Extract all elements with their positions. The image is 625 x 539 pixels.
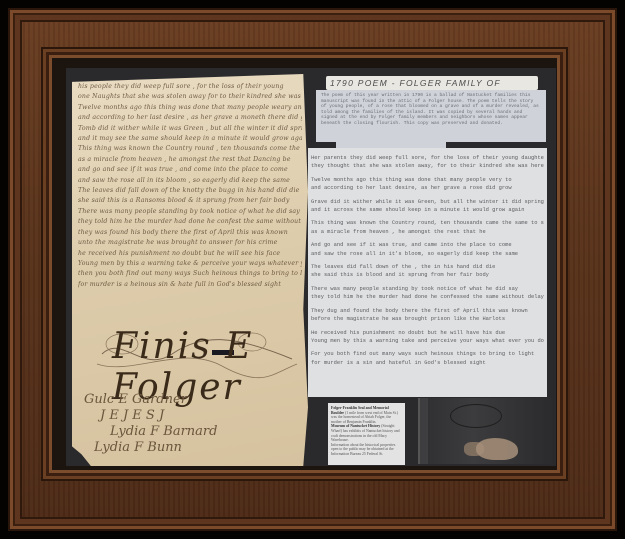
info-text: Information about the historical propert… xyxy=(331,443,395,456)
signature: J E J E S J xyxy=(84,408,304,424)
typed-line: and it across the same should keep in a … xyxy=(311,206,544,214)
typed-line: as a miracle from heaven , he amongst th… xyxy=(311,228,544,236)
manuscript-line: Young men by this a warning take & perce… xyxy=(78,259,302,269)
manuscript-line: and it may see the same should keep in a… xyxy=(78,134,302,144)
manuscript-line: for murder is a heinous sin & hate full … xyxy=(78,280,302,290)
typed-line: they thought that she was stolen away, f… xyxy=(311,162,544,170)
typed-line: Twelve months ago this thing was done th… xyxy=(311,176,544,184)
manuscript-line: his people they did weep full sore , for… xyxy=(78,82,302,92)
typed-line: This thing was known the Country round, … xyxy=(311,219,544,227)
typed-line: they told him he the murder had done he … xyxy=(311,293,544,301)
typed-line: For you both find out many ways such hei… xyxy=(311,350,544,358)
manuscript-line: and go and see if it was true , and come… xyxy=(78,165,302,175)
manuscript-line: she said this is a Ransoms blood & it sp… xyxy=(78,196,302,206)
manuscript-line: Tomb did it wither while it was Green , … xyxy=(78,124,302,134)
manuscript-line: and saw the rose all in its bloom , so e… xyxy=(78,176,302,186)
exhibit-title-label: 1790 POEM - FOLGER FAMILY OF NANTUCKET xyxy=(326,76,538,90)
manuscript-line: unto the magistrate he was brought to an… xyxy=(78,238,302,248)
typed-line: And go and see if it was true, and came … xyxy=(311,241,544,249)
cord-loop-icon xyxy=(450,404,502,428)
typed-line: He received his punishment no doubt but … xyxy=(311,329,544,337)
typed-line: and saw the rose all in it's bloom, so e… xyxy=(311,250,544,258)
typed-line: for murder is a sin and hateful in God's… xyxy=(311,359,544,367)
manuscript-line: he received his punishment no doubt but … xyxy=(78,249,302,259)
manuscript-line: as a miracle from heaven , he amongst th… xyxy=(78,155,302,165)
typed-line: she said this is blood and it sprung fro… xyxy=(311,271,544,279)
typed-line: They dug and found the body there the fi… xyxy=(311,307,544,315)
relic-display-case xyxy=(418,398,552,464)
info-heading: Museum of Nantucket History xyxy=(331,424,380,428)
signature: Gulc E Gardner xyxy=(84,392,304,408)
manuscript-line: Twelve months ago this thing was done th… xyxy=(78,103,302,113)
manuscript-line: and according to her last desire , as he… xyxy=(78,113,302,123)
typed-line: The leaves did fall down of the , the in… xyxy=(311,263,544,271)
typed-line: and according to her last desire, as her… xyxy=(311,184,544,192)
typed-line: Grave did it wither while it was Green, … xyxy=(311,198,544,206)
manuscript-text: his people they did weep full sore , for… xyxy=(78,82,302,290)
signature: Lydia F Barnard xyxy=(84,424,304,440)
manuscript-line: This thing was known the Country round ,… xyxy=(78,144,302,154)
signature: Lydia F Bunn xyxy=(84,440,304,456)
museum-info-card: Folger-Franklin Seal and Memorial Boulde… xyxy=(328,403,405,465)
manuscript-line: then you both find out many ways Such he… xyxy=(78,269,302,279)
typed-line: There was many people standing by took n… xyxy=(311,285,544,293)
manuscript-line: they told him he the murder had done he … xyxy=(78,217,302,227)
typed-line: Young men by this a warning take and per… xyxy=(311,337,544,345)
signature-block: Gulc E Gardner J E J E S J Lydia F Barna… xyxy=(84,392,304,456)
typed-transcription: Her parents they did weep full sore, for… xyxy=(308,148,547,397)
glass-glare xyxy=(420,398,428,464)
newspaper-clipping: The poem of this year written in 1790 is… xyxy=(316,90,546,142)
manuscript-line: one Naughts that she was stolen away for… xyxy=(78,92,302,102)
manuscript-line: The leaves did fall down of the knotty t… xyxy=(78,186,302,196)
handwritten-manuscript: his people they did weep full sore , for… xyxy=(72,74,308,466)
manuscript-line: they was found his body there the first … xyxy=(78,228,302,238)
typed-line: before the magistrate he was brought pri… xyxy=(311,315,544,323)
typed-line: Her parents they did weep full sore, for… xyxy=(311,154,544,162)
dried-rose-relic xyxy=(476,438,518,460)
manuscript-line: There was many people standing by took n… xyxy=(78,207,302,217)
